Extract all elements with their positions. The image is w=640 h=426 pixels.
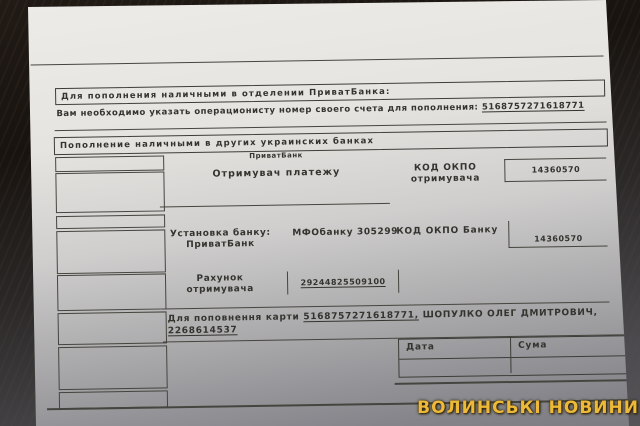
left-empty-cell <box>55 171 165 213</box>
account-row-label: Рахунок отримувача <box>177 273 263 295</box>
bank-okpo-label: КОД ОКПО Банку <box>396 225 498 237</box>
teller-instruction-text: Вам необходимо указать операционисту ном… <box>56 102 478 119</box>
recipient-okpo-value: 14360570 <box>532 165 581 175</box>
summary-underline <box>395 379 631 385</box>
recipient-okpo-label: КОД ОКПО отримувача <box>393 162 497 185</box>
recipient-okpo-value-box: 14360570 <box>504 157 606 182</box>
account-value-box: 29244825509100 <box>287 270 399 295</box>
summary-table: Дата Сума <box>398 335 629 378</box>
card-ref-number: 2268614537 <box>168 325 238 336</box>
bank-row-label-line1: Установка банку: <box>170 228 271 241</box>
card-number: 5168757271618771, <box>303 310 419 322</box>
left-empty-cell <box>58 345 168 390</box>
account-value: 29244825509100 <box>301 277 386 287</box>
left-empty-cell <box>58 311 167 345</box>
card-holder: ШОПУЛКО ОЛЕГ ДМИТРОВИЧ, <box>423 308 598 321</box>
bank-row-label: Установка банку: ПриватБанк <box>166 228 274 252</box>
sum-value-cell <box>511 356 627 373</box>
date-header-cell: Дата <box>399 338 511 359</box>
bank-okpo-value-box: 14360570 <box>508 219 607 248</box>
top-divider <box>31 56 604 66</box>
card-row: Для поповнення карти 5168757271618771, Ш… <box>168 307 610 337</box>
left-empty-cell <box>57 273 167 311</box>
other-banks-header: Пополнение наличными в других украинских… <box>60 136 374 151</box>
paper-sheet: Для пополнения наличными в отделении При… <box>0 0 640 426</box>
summary-value-row <box>399 356 627 375</box>
cash-branch-header: Для пополнения наличными в отделении При… <box>61 86 390 101</box>
recipient-label: Отримувач платежу <box>161 166 391 181</box>
card-row-prefix: Для поповнення карти <box>168 312 300 324</box>
photo-background: Для пополнения наличными в отделении При… <box>0 0 640 426</box>
left-empty-cell <box>55 155 164 172</box>
news-watermark: ВОЛИНСЬКІ НОВИНИ <box>417 398 639 418</box>
bank-mfo: МФОбанку 305299 <box>292 227 398 239</box>
bank-row-label-line2: ПриватБанк <box>186 239 255 251</box>
bank-okpo-value: 14360570 <box>534 234 583 244</box>
row-divider-partial <box>160 203 390 208</box>
topup-account-number: 5168757271618771 <box>482 101 585 113</box>
left-empty-cell <box>56 214 165 229</box>
left-empty-cell <box>56 229 166 274</box>
sum-header-cell: Сума <box>511 336 627 357</box>
date-value-cell <box>399 358 511 375</box>
document-content: Для пополнения наличными в отделении При… <box>0 0 640 426</box>
